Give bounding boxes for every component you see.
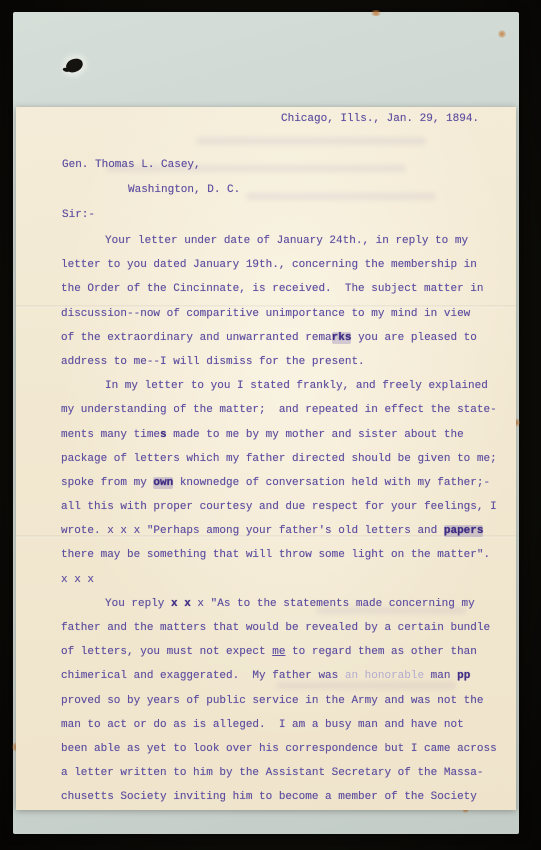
letter-body: Your letter under date of January 24th.,… — [61, 229, 497, 810]
letter-line: man to act or do as is alleged. I am a b… — [61, 713, 497, 737]
letter-line: there may be something that will throw s… — [61, 543, 497, 567]
letter-line: wrote. x x x "Perhaps among your father'… — [61, 519, 497, 543]
recipient-name: Gen. Thomas L. Casey, — [62, 159, 201, 171]
letter-line: package of letters which my father direc… — [61, 447, 497, 471]
letter-line: letter to you dated January 19th., conce… — [61, 253, 497, 277]
salutation: Sir:- — [62, 209, 95, 221]
hole-punch-mark — [65, 57, 84, 73]
letter-line: all this with proper courtesy and due re… — [61, 495, 497, 519]
letter-line: my understanding of the matter; and repe… — [61, 398, 497, 422]
letter-line: chimerical and exaggerated. My father wa… — [61, 664, 497, 688]
letter-line: x x x — [61, 568, 497, 592]
letter-line: Your letter under date of January 24th.,… — [61, 229, 497, 253]
letter-page: Chicago, Ills., Jan. 29, 1894. Gen. Thom… — [16, 107, 516, 810]
letter-line: discussion--now of comparitive unimporta… — [61, 302, 497, 326]
recipient-city: Washington, D. C. — [128, 184, 240, 196]
letter-line: spoke from my own knownedge of conversat… — [61, 471, 497, 495]
letter-line: of letters, you must not expect me to re… — [61, 640, 497, 664]
letter-line: been able as yet to look over his corres… — [61, 737, 497, 761]
letter-line: address to me--I will dismiss for the pr… — [61, 350, 497, 374]
bleed-through-smudge — [246, 193, 436, 200]
letter-line: chusetts Society inviting him to become … — [61, 785, 497, 809]
bleed-through-smudge — [196, 137, 426, 145]
photo-backdrop: { "document": { "kind": "typewritten-let… — [0, 0, 541, 850]
letter-line: father and the matters that would be rev… — [61, 616, 497, 640]
dateline: Chicago, Ills., Jan. 29, 1894. — [281, 113, 479, 125]
letter-line: ments many times made to me by my mother… — [61, 423, 497, 447]
letter-line: a letter written to him by the Assistant… — [61, 761, 497, 785]
letter-line: In my letter to you I stated frankly, an… — [61, 374, 497, 398]
letter-line: of the extraordinary and unwarranted rem… — [61, 326, 497, 350]
letter-line: You reply x x x "As to the statements ma… — [61, 592, 497, 616]
letter-line: the Order of the Cincinnate, is received… — [61, 277, 497, 301]
letter-line: proved so by years of public service in … — [61, 689, 497, 713]
